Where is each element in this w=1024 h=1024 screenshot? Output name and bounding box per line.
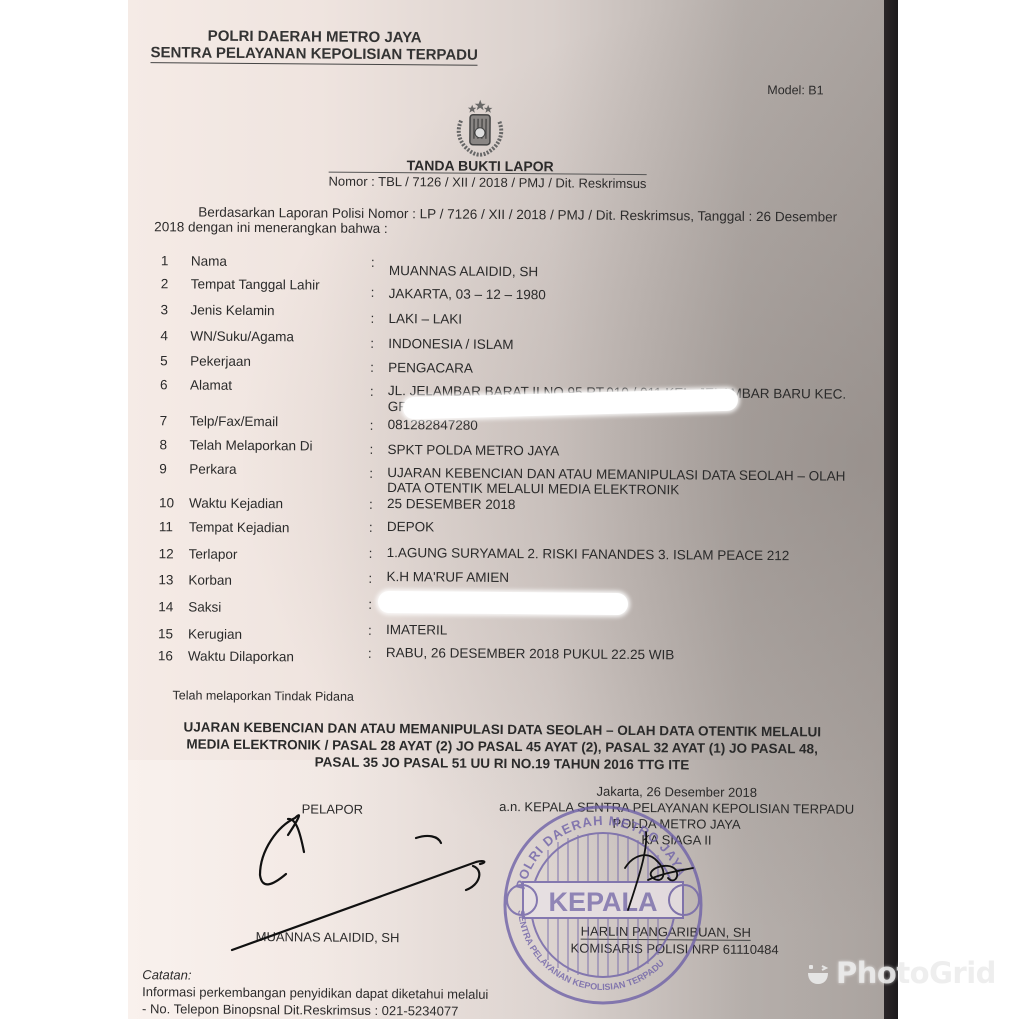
pelapor-signature: [232, 815, 484, 950]
photogrid-watermark: PhotoGrid: [806, 956, 996, 990]
document-photo: POLRI DAERAH METRO JAYA SENTRA PELAYANAN…: [128, 0, 898, 1019]
official-stamp: KEPALA POLRI DAERAH METRO JAYA SENTRA PE…: [505, 807, 701, 1003]
svg-text:POLRI DAERAH METRO JAYA: POLRI DAERAH METRO JAYA: [513, 813, 690, 891]
photogrid-smile-icon: [806, 963, 830, 985]
watermark-text: PhotoGrid: [836, 956, 996, 990]
paper-edge-shadow: [884, 0, 898, 1019]
stamp-center-text: KEPALA: [548, 887, 657, 917]
signatures-and-stamp: KEPALA POLRI DAERAH METRO JAYA SENTRA PE…: [128, 0, 898, 1019]
stamp-top-text: POLRI DAERAH METRO JAYA: [513, 813, 690, 891]
